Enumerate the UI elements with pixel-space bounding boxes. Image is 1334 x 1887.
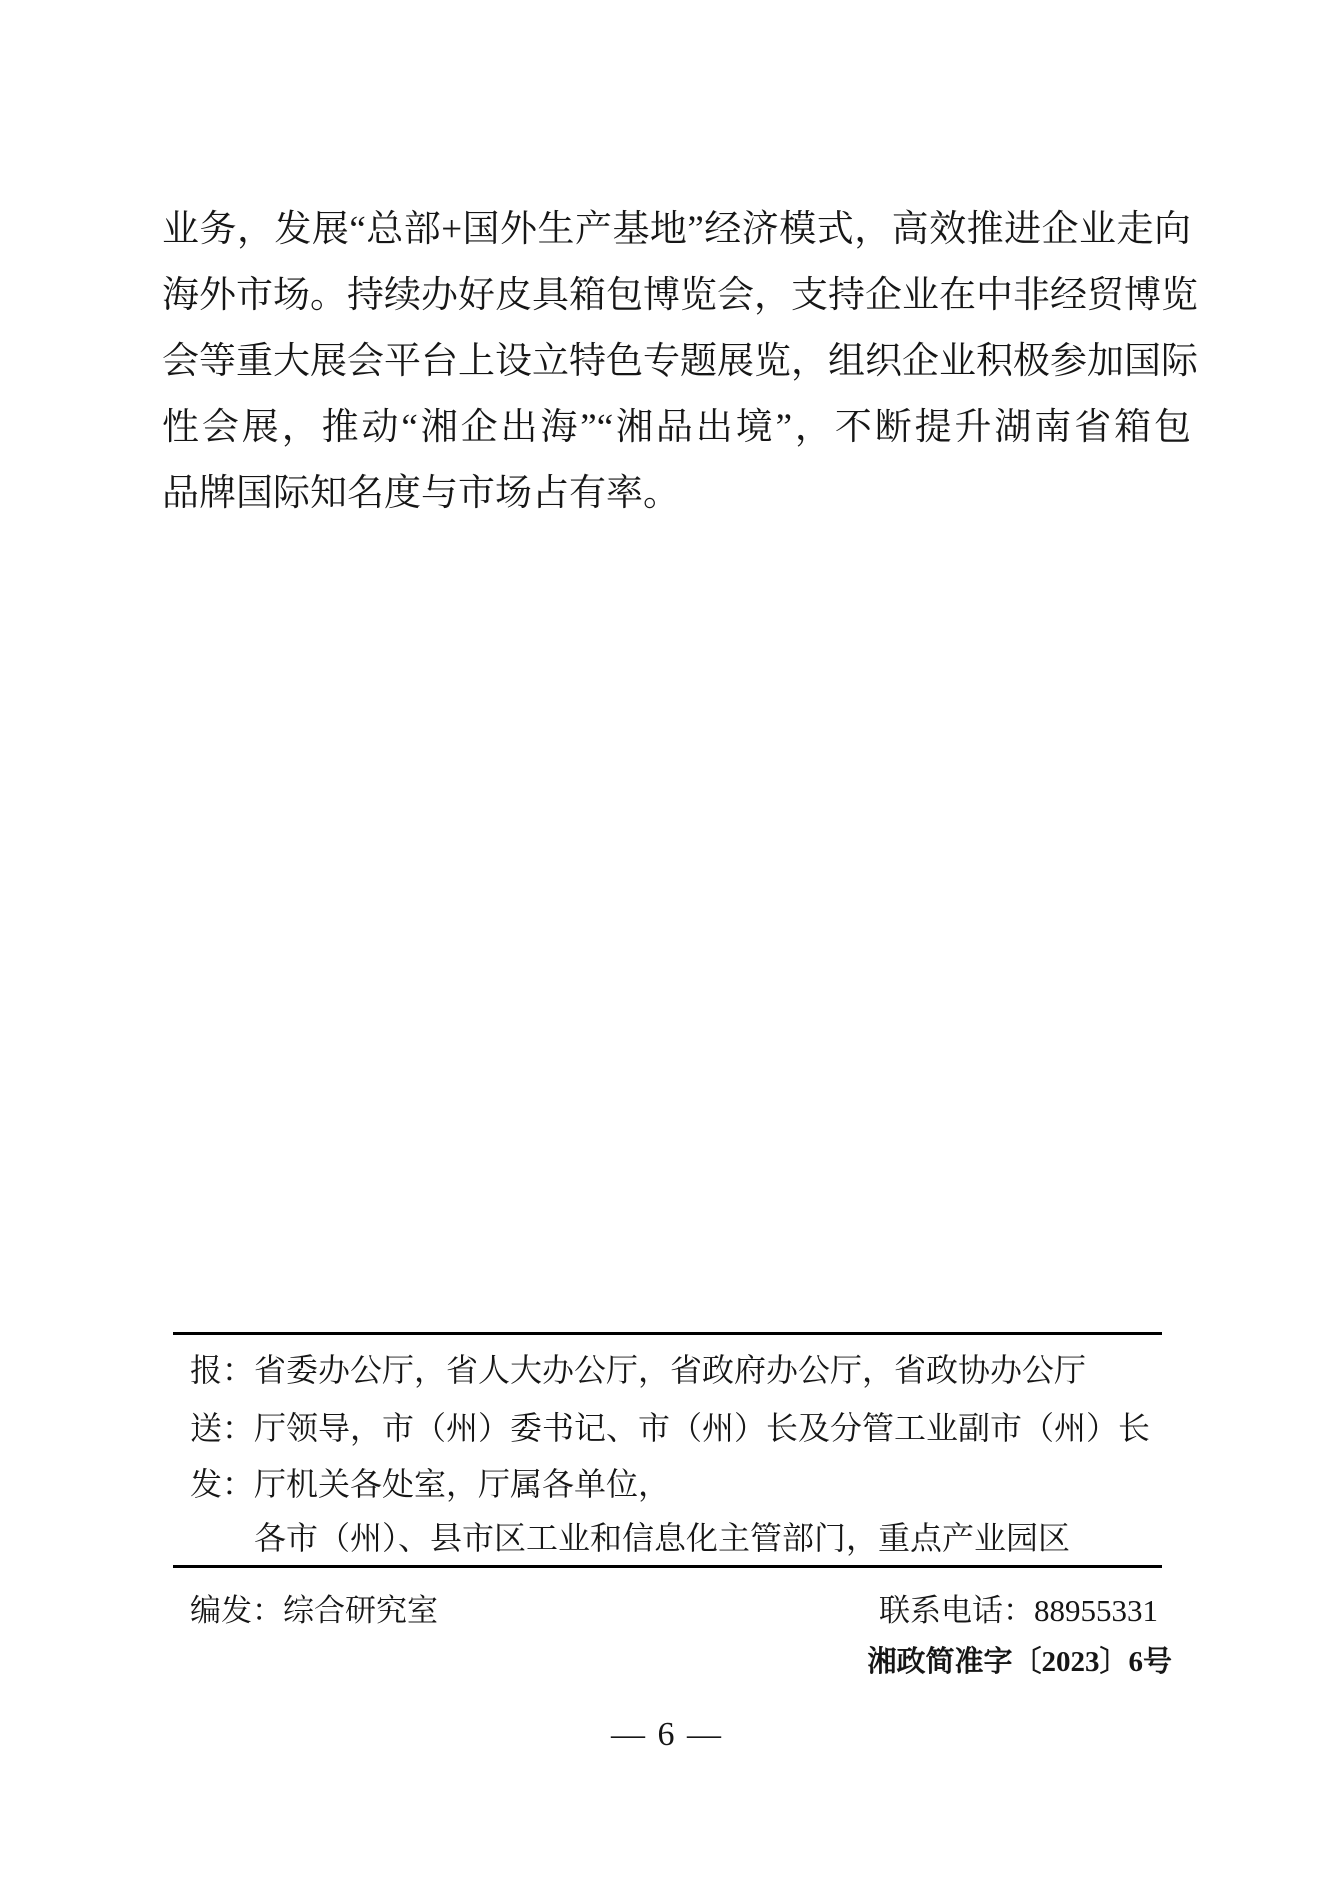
editor-label: 编发： (190, 1593, 283, 1628)
document-body: 业务，发展“总部+国外生产基地”经济模式，高效推进企业走向 海外市场。持续办好皮… (162, 197, 1191, 527)
editor-value: 综合研究室 (283, 1593, 438, 1628)
distribution-row-issue: 发：厅机关各处室，厅属各单位， (190, 1466, 1162, 1502)
distribution-row-send: 送：厅领导，市（州）委书记、市（州）长及分管工业副市（州）长 (190, 1410, 1162, 1446)
distribution-top-rule (173, 1332, 1162, 1335)
distribution-label-issue: 发： (190, 1466, 254, 1502)
body-line-2: 海外市场。持续办好皮具箱包博览会，支持企业在中非经贸博览 (162, 263, 1191, 329)
distribution-row-report: 报：省委办公厅，省人大办公厅，省政府办公厅，省政协办公厅 (190, 1352, 1162, 1388)
body-line-3: 会等重大展会平台上设立特色专题展览，组织企业积极参加国际 (162, 329, 1191, 395)
distribution-row-issue-continued: 各市（州）、县市区工业和信息化主管部门，重点产业园区 (254, 1520, 1162, 1556)
page-number: — 6 — (0, 1716, 1334, 1754)
distribution-label-report: 报： (190, 1352, 254, 1388)
distribution-text-report: 省委办公厅，省人大办公厅，省政府办公厅，省政协办公厅 (254, 1352, 1086, 1388)
body-line-1: 业务，发展“总部+国外生产基地”经济模式，高效推进企业走向 (162, 197, 1191, 263)
document-reference-number: 湘政简准字〔2023〕6号 (867, 1646, 1172, 1678)
editor-phone-row: 编发：综合研究室 联系电话：88955331 (190, 1593, 1158, 1629)
body-line-5: 品牌国际知名度与市场占有率。 (162, 461, 1191, 527)
document-page: 业务，发展“总部+国外生产基地”经济模式，高效推进企业走向 海外市场。持续办好皮… (0, 0, 1334, 1887)
contact-phone: 联系电话：88955331 (879, 1593, 1158, 1629)
editor-info: 编发：综合研究室 (190, 1593, 438, 1629)
distribution-text-issue: 厅机关各处室，厅属各单位， (254, 1466, 670, 1502)
body-line-4: 性会展，推动“湘企出海”“湘品出境”，不断提升湖南省箱包 (162, 395, 1191, 461)
distribution-text-send: 厅领导，市（州）委书记、市（州）长及分管工业副市（州）长 (254, 1410, 1150, 1446)
phone-value: 88955331 (1034, 1593, 1158, 1628)
distribution-label-send: 送： (190, 1410, 254, 1446)
phone-label: 联系电话： (879, 1593, 1034, 1628)
distribution-bottom-rule (173, 1565, 1162, 1568)
distribution-text-issue-continued: 各市（州）、县市区工业和信息化主管部门，重点产业园区 (254, 1520, 1070, 1556)
